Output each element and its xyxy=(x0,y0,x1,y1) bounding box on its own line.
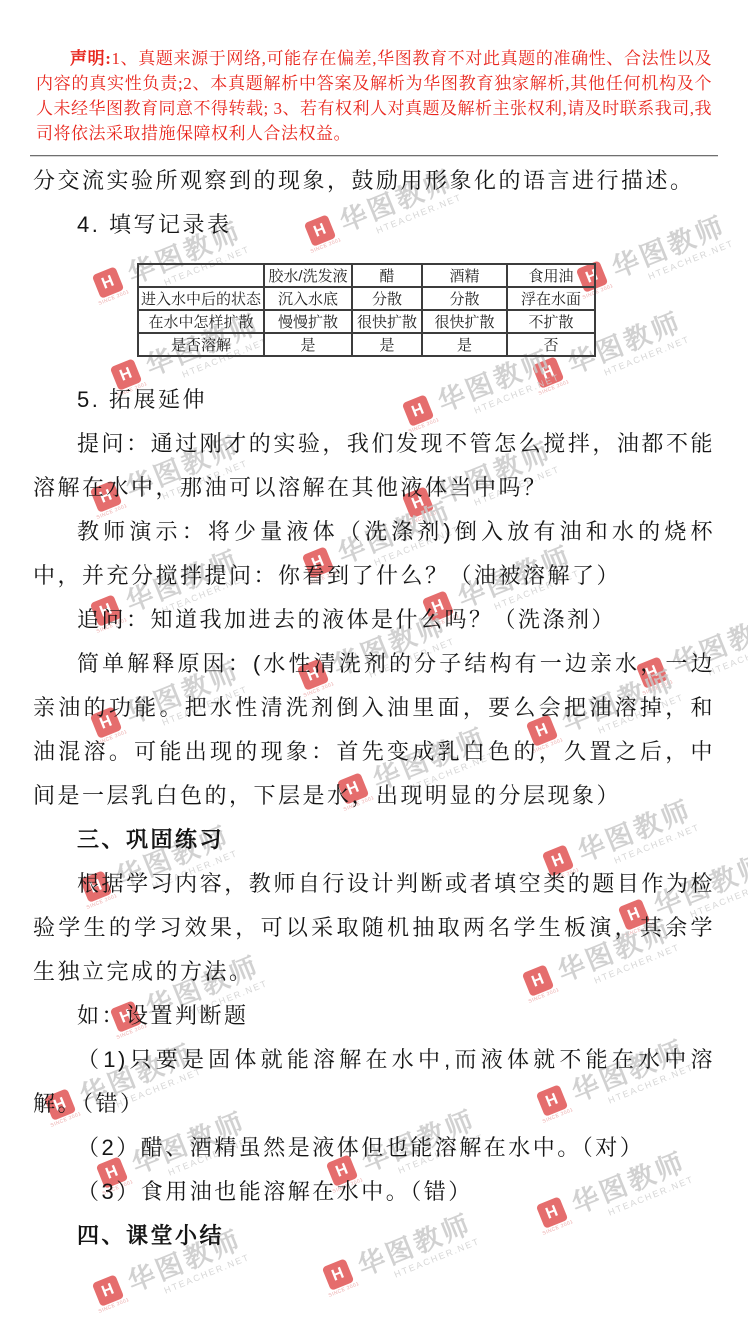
paragraph: 追问：知道我加进去的液体是什么吗？（洗涤剂） xyxy=(33,598,715,642)
table-cell: 沉入水底 xyxy=(264,287,352,310)
separator-line xyxy=(30,155,718,157)
table-cell: 不扩散 xyxy=(507,310,595,333)
section-heading: 四、课堂小结 xyxy=(33,1214,715,1258)
paragraph: 简单解释原因：(水性清洗剂的分子结构有一边亲水，一边亲油的功能。把水性清洗剂倒入… xyxy=(33,642,715,818)
table-header-cell: 食用油 xyxy=(507,264,595,287)
table-cell: 分散 xyxy=(422,287,507,310)
disclaimer-text: 1、真题来源于网络,可能存在偏差,华图教育不对此真题的准确性、合法性以及内容的真… xyxy=(36,49,712,143)
table-header-cell: 醋 xyxy=(352,264,422,287)
table-header-cell xyxy=(138,264,264,287)
huatu-logo-subtext: SINCE 2001 xyxy=(328,1281,361,1299)
document-page: HSINCE 2001华图教师HTEACHER.NETHSINCE 2001华图… xyxy=(0,0,748,1335)
table-row: 在水中怎样扩散慢慢扩散很快扩散很快扩散不扩散 xyxy=(138,310,595,333)
paragraph: 5. 拓展延伸 xyxy=(33,378,715,422)
huatu-logo-icon: HSINCE 2001 xyxy=(88,1272,130,1314)
table-row: 是否溶解是是是否 xyxy=(138,333,595,356)
table-cell: 浮在水面 xyxy=(507,287,595,310)
table-cell: 分散 xyxy=(352,287,422,310)
table-row: 胶水/洗发液醋酒精食用油 xyxy=(138,264,595,287)
paragraph: 分交流实验所观察到的现象，鼓励用形象化的语言进行描述。 xyxy=(33,159,715,203)
huatu-logo-subtext: SINCE 2001 xyxy=(98,1297,131,1315)
document-content: 声明:1、真题来源于网络,可能存在偏差,华图教育不对此真题的准确性、合法性以及内… xyxy=(0,46,748,1258)
paragraph: 提问：通过刚才的实验，我们发现不管怎么搅拌，油都不能溶解在水中，那油可以溶解在其… xyxy=(33,422,715,510)
huatu-logo-glyph: H xyxy=(321,1258,354,1291)
paragraph: 根据学习内容，教师自行设计判断或者填空类的题目作为检验学生的学习效果，可以采取随… xyxy=(33,862,715,994)
table-cell: 是否溶解 xyxy=(138,333,264,356)
table-row: 进入水中后的状态沉入水底分散分散浮在水面 xyxy=(138,287,595,310)
table-header-cell: 胶水/洗发液 xyxy=(264,264,352,287)
table-cell: 慢慢扩散 xyxy=(264,310,352,333)
table-cell: 否 xyxy=(507,333,595,356)
paragraph: 教师演示：将少量液体（洗涤剂)倒入放有油和水的烧杯中，并充分搅拌提问：你看到了什… xyxy=(33,510,715,598)
record-table: 胶水/洗发液醋酒精食用油进入水中后的状态沉入水底分散分散浮在水面在水中怎样扩散慢… xyxy=(137,263,596,357)
watermark-domain-text: HTEACHER.NET xyxy=(163,1252,252,1296)
table-cell: 很快扩散 xyxy=(352,310,422,333)
table-cell: 是 xyxy=(422,333,507,356)
disclaimer-label: 声明: xyxy=(70,49,111,68)
paragraph: （1)只要是固体就能溶解在水中,而液体就不能在水中溶解。（错） xyxy=(33,1038,715,1126)
paragraph: 如：设置判断题 xyxy=(33,994,715,1038)
paragraph: （3）食用油也能溶解在水中。（错） xyxy=(33,1170,715,1214)
table-cell: 是 xyxy=(352,333,422,356)
table-cell: 很快扩散 xyxy=(422,310,507,333)
table-cell: 进入水中后的状态 xyxy=(138,287,264,310)
huatu-logo-icon: HSINCE 2001 xyxy=(318,1256,360,1298)
paragraph: 4. 填写记录表 xyxy=(33,203,715,247)
table-cell: 在水中怎样扩散 xyxy=(138,310,264,333)
document-body: 分交流实验所观察到的现象，鼓励用形象化的语言进行描述。4. 填写记录表胶水/洗发… xyxy=(33,159,715,1258)
section-heading: 三、巩固练习 xyxy=(33,818,715,862)
disclaimer: 声明:1、真题来源于网络,可能存在偏差,华图教育不对此真题的准确性、合法性以及内… xyxy=(36,46,712,146)
paragraph: （2）醋、酒精虽然是液体但也能溶解在水中。（对） xyxy=(33,1126,715,1170)
table-cell: 是 xyxy=(264,333,352,356)
huatu-logo-glyph: H xyxy=(91,1274,124,1307)
table-header-cell: 酒精 xyxy=(422,264,507,287)
